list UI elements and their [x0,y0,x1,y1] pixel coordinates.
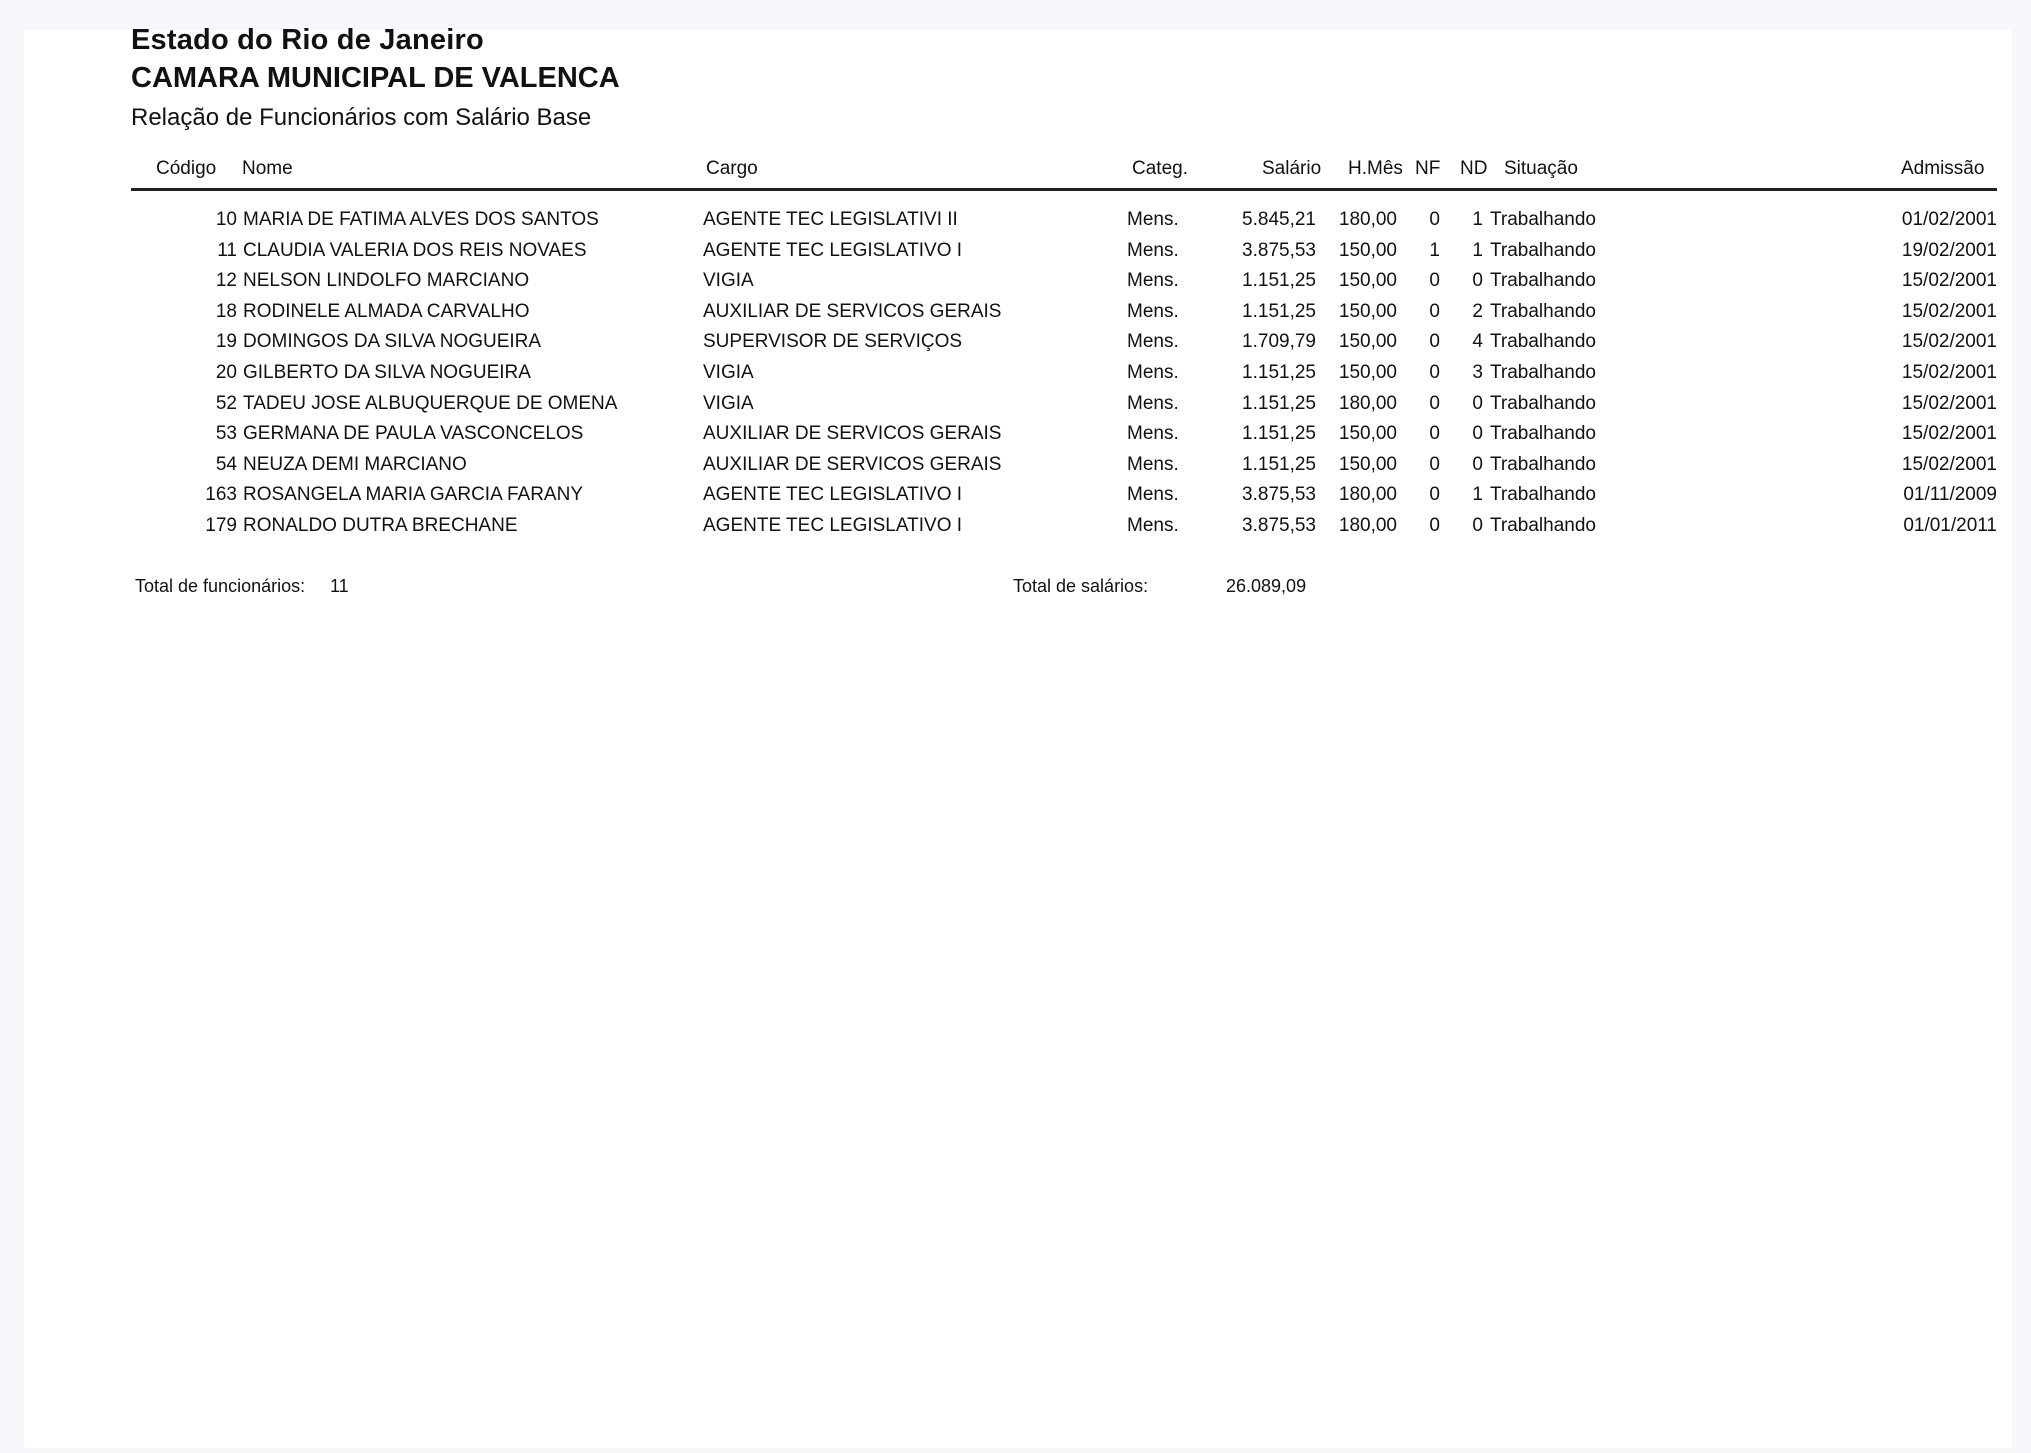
cell-categ: Mens. [1127,423,1179,445]
cell-codigo: 10 [216,209,237,231]
cell-nf: 0 [1429,423,1440,445]
cell-codigo: 54 [216,454,237,476]
cell-nome: RONALDO DUTRA BRECHANE [243,515,518,537]
cell-cargo: AUXILIAR DE SERVICOS GERAIS [703,301,1001,323]
cell-situacao: Trabalhando [1490,423,1596,445]
col-codigo: Código [156,158,216,180]
cell-hmes: 150,00 [1339,270,1397,292]
cell-codigo: 53 [216,423,237,445]
cell-salario: 3.875,53 [1242,240,1316,262]
cell-nd: 2 [1472,301,1483,323]
cell-hmes: 150,00 [1339,240,1397,262]
report-title: Relação de Funcionários com Salário Base [131,104,591,132]
cell-codigo: 52 [216,393,237,415]
header-divider [131,188,1997,191]
cell-categ: Mens. [1127,484,1179,506]
cell-nf: 0 [1429,454,1440,476]
cell-codigo: 179 [205,515,237,537]
cell-admissao: 15/02/2001 [1902,301,1997,323]
cell-nome: CLAUDIA VALERIA DOS REIS NOVAES [243,240,587,262]
cell-salario: 3.875,53 [1242,515,1316,537]
cell-nf: 0 [1429,393,1440,415]
table-row: 53GERMANA DE PAULA VASCONCELOSAUXILIAR D… [0,423,2031,453]
cell-salario: 5.845,21 [1242,209,1316,231]
cell-hmes: 180,00 [1339,393,1397,415]
cell-situacao: Trabalhando [1490,301,1596,323]
cell-codigo: 19 [216,331,237,353]
cell-nf: 1 [1429,240,1440,262]
cell-situacao: Trabalhando [1490,393,1596,415]
cell-nome: NELSON LINDOLFO MARCIANO [243,270,529,292]
total-employees-value: 11 [330,576,349,597]
cell-situacao: Trabalhando [1490,270,1596,292]
cell-nf: 0 [1429,515,1440,537]
cell-admissao: 01/01/2011 [1903,515,1997,537]
col-salario: Salário [1262,158,1321,180]
cell-codigo: 12 [216,270,237,292]
cell-hmes: 180,00 [1339,484,1397,506]
cell-nf: 0 [1429,484,1440,506]
table-row: 163ROSANGELA MARIA GARCIA FARANYAGENTE T… [0,484,2031,514]
cell-cargo: VIGIA [703,362,754,384]
cell-situacao: Trabalhando [1490,240,1596,262]
cell-categ: Mens. [1127,240,1179,262]
cell-admissao: 01/11/2009 [1903,484,1997,506]
col-categ: Categ. [1132,158,1188,180]
cell-admissao: 19/02/2001 [1902,240,1997,262]
cell-nome: ROSANGELA MARIA GARCIA FARANY [243,484,583,506]
cell-cargo: AGENTE TEC LEGISLATIVO I [703,484,962,506]
cell-situacao: Trabalhando [1490,209,1596,231]
cell-categ: Mens. [1127,393,1179,415]
col-admissao: Admissão [1901,158,1984,180]
cell-hmes: 180,00 [1339,209,1397,231]
cell-admissao: 15/02/2001 [1902,270,1997,292]
cell-hmes: 150,00 [1339,301,1397,323]
cell-nd: 1 [1472,484,1483,506]
cell-hmes: 150,00 [1339,362,1397,384]
total-salaries-label: Total de salários: [1013,576,1148,597]
cell-nd: 0 [1472,270,1483,292]
table-row: 52TADEU JOSE ALBUQUERQUE DE OMENAVIGIAMe… [0,393,2031,423]
cell-codigo: 18 [216,301,237,323]
cell-nf: 0 [1429,331,1440,353]
cell-nome: RODINELE ALMADA CARVALHO [243,301,530,323]
cell-cargo: AGENTE TEC LEGISLATIVO I [703,515,962,537]
cell-nd: 0 [1472,393,1483,415]
total-salaries-value: 26.089,09 [1226,576,1306,597]
cell-salario: 1.151,25 [1242,301,1316,323]
cell-situacao: Trabalhando [1490,331,1596,353]
cell-codigo: 20 [216,362,237,384]
cell-salario: 1.151,25 [1242,270,1316,292]
organization-name: CAMARA MUNICIPAL DE VALENCA [131,62,620,95]
col-nf: NF [1415,158,1440,180]
cell-hmes: 180,00 [1339,515,1397,537]
table-row: 19DOMINGOS DA SILVA NOGUEIRASUPERVISOR D… [0,331,2031,361]
table-row: 179RONALDO DUTRA BRECHANEAGENTE TEC LEGI… [0,515,2031,545]
cell-nome: MARIA DE FATIMA ALVES DOS SANTOS [243,209,599,231]
cell-nf: 0 [1429,209,1440,231]
cell-salario: 1.151,25 [1242,393,1316,415]
cell-nome: GILBERTO DA SILVA NOGUEIRA [243,362,531,384]
table-row: 18RODINELE ALMADA CARVALHOAUXILIAR DE SE… [0,301,2031,331]
cell-admissao: 15/02/2001 [1902,362,1997,384]
cell-categ: Mens. [1127,515,1179,537]
cell-codigo: 163 [205,484,237,506]
cell-categ: Mens. [1127,454,1179,476]
col-cargo: Cargo [706,158,758,180]
cell-cargo: VIGIA [703,393,754,415]
cell-situacao: Trabalhando [1490,515,1596,537]
cell-situacao: Trabalhando [1490,484,1596,506]
col-situacao: Situação [1504,158,1578,180]
cell-categ: Mens. [1127,331,1179,353]
table-row: 20GILBERTO DA SILVA NOGUEIRAVIGIAMens.1.… [0,362,2031,392]
cell-nd: 4 [1472,331,1483,353]
cell-salario: 3.875,53 [1242,484,1316,506]
cell-cargo: AUXILIAR DE SERVICOS GERAIS [703,423,1001,445]
state-name: Estado do Rio de Janeiro [131,24,484,57]
cell-categ: Mens. [1127,301,1179,323]
table-row: 54NEUZA DEMI MARCIANOAUXILIAR DE SERVICO… [0,454,2031,484]
cell-admissao: 15/02/2001 [1902,331,1997,353]
cell-hmes: 150,00 [1339,423,1397,445]
cell-admissao: 15/02/2001 [1902,423,1997,445]
col-nome: Nome [242,158,293,180]
col-nd: ND [1460,158,1487,180]
cell-nd: 0 [1472,515,1483,537]
col-hmes: H.Mês [1348,158,1403,180]
cell-nf: 0 [1429,270,1440,292]
cell-hmes: 150,00 [1339,331,1397,353]
cell-salario: 1.709,79 [1242,331,1316,353]
cell-categ: Mens. [1127,209,1179,231]
cell-nd: 3 [1472,362,1483,384]
cell-nome: NEUZA DEMI MARCIANO [243,454,467,476]
cell-nome: GERMANA DE PAULA VASCONCELOS [243,423,583,445]
cell-nf: 0 [1429,301,1440,323]
cell-nd: 0 [1472,454,1483,476]
cell-admissao: 15/02/2001 [1902,454,1997,476]
cell-nome: DOMINGOS DA SILVA NOGUEIRA [243,331,541,353]
total-employees-label: Total de funcionários: [135,576,305,597]
table-row: 11CLAUDIA VALERIA DOS REIS NOVAESAGENTE … [0,240,2031,270]
cell-salario: 1.151,25 [1242,362,1316,384]
table-row: 12NELSON LINDOLFO MARCIANOVIGIAMens.1.15… [0,270,2031,300]
cell-admissao: 15/02/2001 [1902,393,1997,415]
cell-admissao: 01/02/2001 [1902,209,1997,231]
cell-nome: TADEU JOSE ALBUQUERQUE DE OMENA [243,393,617,415]
cell-situacao: Trabalhando [1490,454,1596,476]
cell-codigo: 11 [217,240,237,262]
cell-cargo: AGENTE TEC LEGISLATIVI II [703,209,958,231]
cell-cargo: AUXILIAR DE SERVICOS GERAIS [703,454,1001,476]
cell-situacao: Trabalhando [1490,362,1596,384]
cell-categ: Mens. [1127,270,1179,292]
cell-hmes: 150,00 [1339,454,1397,476]
cell-cargo: AGENTE TEC LEGISLATIVO I [703,240,962,262]
cell-nf: 0 [1429,362,1440,384]
cell-nd: 1 [1472,240,1483,262]
cell-salario: 1.151,25 [1242,454,1316,476]
cell-nd: 1 [1472,209,1483,231]
cell-categ: Mens. [1127,362,1179,384]
cell-cargo: VIGIA [703,270,754,292]
cell-nd: 0 [1472,423,1483,445]
cell-salario: 1.151,25 [1242,423,1316,445]
cell-cargo: SUPERVISOR DE SERVIÇOS [703,331,962,353]
table-row: 10MARIA DE FATIMA ALVES DOS SANTOSAGENTE… [0,209,2031,239]
